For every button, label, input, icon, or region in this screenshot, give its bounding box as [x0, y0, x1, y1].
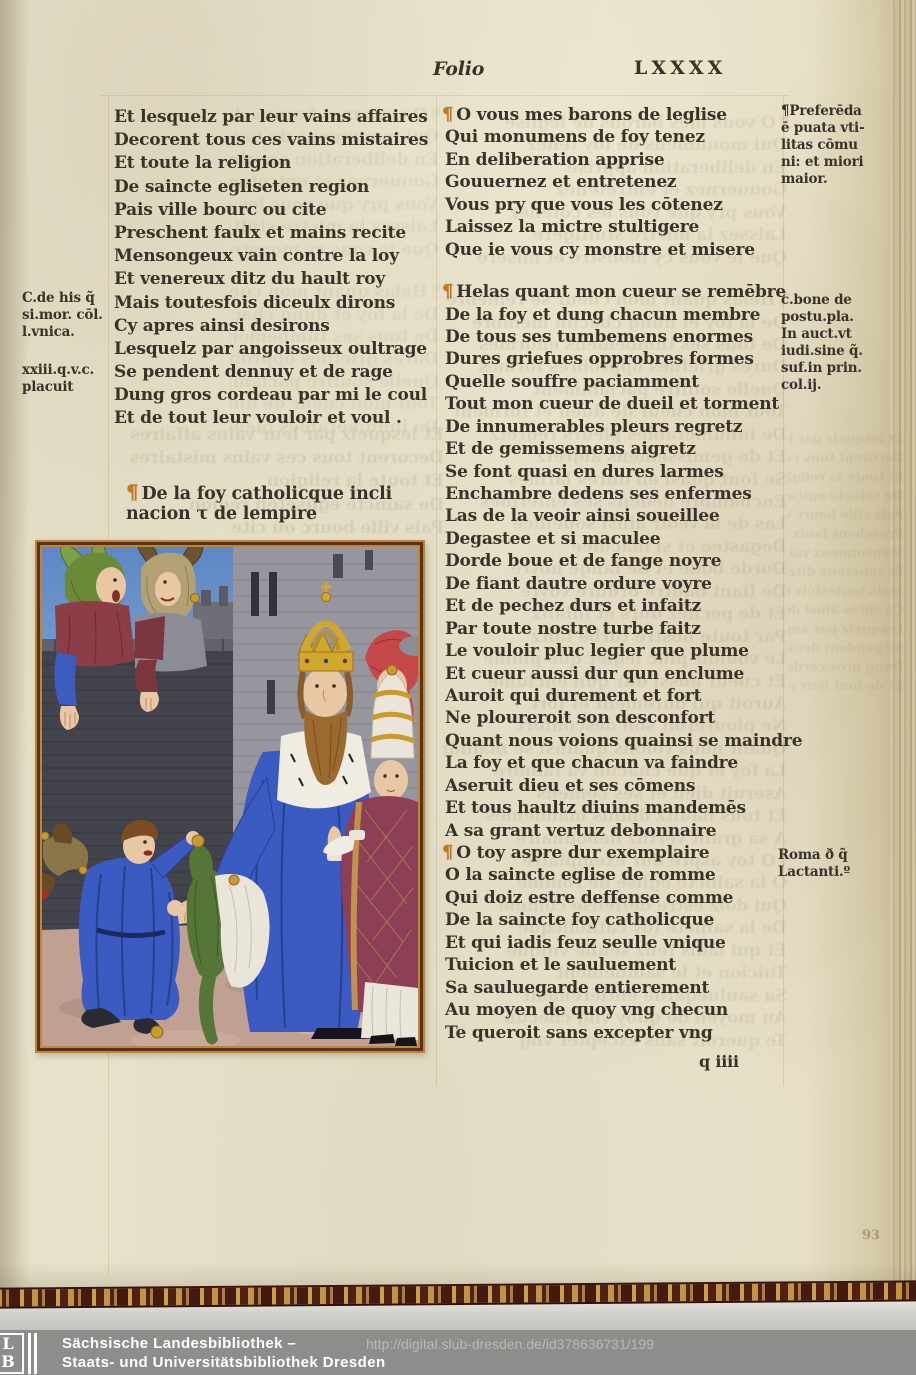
margin-note-line: iudi.sine q̃. [781, 343, 911, 360]
margin-note-line: C.de his q̃ [22, 290, 103, 307]
rubric-line-1: ¶De la foy catholicque incli [126, 481, 446, 503]
verse-line: Et qui iadis feuz seulle vnique [442, 932, 790, 954]
verse-line: Enchambre dedens ses enfermes [442, 483, 790, 505]
verse-line: Decorent tous ces vains mistaires [114, 129, 446, 152]
margin-note-line: In auct.vt [781, 326, 911, 343]
verse-line: Au moyen de quoy vng checun [442, 999, 790, 1021]
verse-line: En deliberation apprise [442, 149, 790, 171]
verse-line: Cy apres ainsi desirons [114, 315, 446, 338]
verse-line: Le vouloir pluc legier que plume [442, 640, 790, 662]
folio-number: LXXXX [634, 57, 726, 79]
verse-line: Dung gros cordeau par mi le coul [114, 384, 446, 407]
verse-line: De saincte egliseten region [114, 176, 446, 199]
margin-note-line: placuit [22, 379, 94, 396]
verse-line: De tous ses tumbemens enormes [442, 326, 790, 348]
quire-signature: q iiii [699, 1052, 739, 1071]
margin-note-line: si.mor. cōl. [22, 307, 103, 324]
margin-note-line: suf.in prin. [781, 360, 911, 377]
verse-line: A sa grant vertuz debonnaire [442, 820, 790, 842]
verse-line: ¶Helas quant mon cueur se remēbre [442, 281, 790, 303]
verse-line: Degastee et si maculee [442, 528, 790, 550]
margin-note-line: litas cōmu [781, 137, 911, 154]
verse-line: Pais ville bourc ou cite [114, 199, 446, 222]
verse-line: Se pendent dennuy et de rage [114, 361, 446, 384]
library-name-line-2: Staats- und Universitätsbibliothek Dresd… [62, 1353, 386, 1372]
slub-logo-bar [34, 1333, 37, 1374]
slub-logo-bar [28, 1333, 31, 1374]
pilcrow-icon: ¶ [442, 842, 453, 863]
left-verse-column: Et lesquelz par leur vains affairesDecor… [114, 106, 446, 431]
verse-line: Vous pry que vous les cōtenez [442, 194, 790, 216]
verse-line: Tuicion et le sauluement [442, 954, 790, 976]
verse-line: Qui monumens de foy tenez [442, 126, 790, 148]
slub-logo-letter-b: B [0, 1353, 22, 1371]
verse-line: Auroit qui durement et fort [442, 685, 790, 707]
margin-note-line: postu.pla. [781, 309, 911, 326]
right-verse-column: ¶O vous mes barons de legliseQui monumen… [442, 104, 790, 1044]
verse-line: Quant nous voions quainsi se maindre [442, 730, 790, 752]
margin-note-line: ni: et miori [781, 154, 911, 171]
margin-note-line: l.vnica. [22, 324, 103, 341]
verse-line: Et de gemissemens aigretz [442, 438, 790, 460]
rubric-heading: ¶De la foy catholicque incli nacion τ de… [126, 481, 446, 525]
margin-note-line: Roma ð q̃ [778, 847, 910, 864]
slub-logo: L B [0, 1333, 48, 1372]
verse-line: Ne ploureroit son desconfort [442, 707, 790, 729]
verse-line: Dorde boue et de fange noyre [442, 550, 790, 572]
folio-label: Folio [433, 58, 484, 80]
library-name: Sächsische Landesbibliothek – Staats- un… [62, 1334, 386, 1372]
verse-line: Qui doiz estre deffense comme [442, 887, 790, 909]
library-footer-bar: L B Sächsische Landesbibliothek – Staats… [0, 1330, 916, 1375]
margin-note-line: ¶Preferēda [781, 103, 911, 120]
slub-logo-box: L B [0, 1333, 24, 1374]
verse-line: Et tous haultz diuins mandemēs [442, 797, 790, 819]
verse-line: Et de tout leur vouloir et voul . [114, 407, 446, 430]
verse-line: Te queroit sans excepter vng [442, 1022, 790, 1044]
miniature-scene-graphic [35, 540, 425, 1053]
verse-line: De la foy et dung chacun membre [442, 304, 790, 326]
verse-line: Las de la veoir ainsi soueillee [442, 505, 790, 527]
verse-line: Tout mon cueur de dueil et torment [442, 393, 790, 415]
verse-line: O la saincte eglise de romme [442, 864, 790, 886]
margin-note-line: col.ij. [781, 377, 911, 394]
right-margin-note-1: ¶Preferēdaē puata vti-litas cōmuni: et m… [781, 103, 911, 188]
verse-line: Gouuernez et entretenez [442, 171, 790, 193]
library-name-line-1: Sächsische Landesbibliothek – [62, 1334, 386, 1353]
rubric-pilcrow-icon: ¶ [126, 480, 139, 504]
digital-collection-url: http://digital.slub-dresden.de/id3786367… [366, 1336, 654, 1352]
pilcrow-icon: ¶ [442, 281, 453, 302]
left-margin-note-2: xxiii.q.v.c.placuit [22, 362, 94, 396]
verse-line: Lesquelz par angoisseux oultrage [114, 338, 446, 361]
verse-line: Dures griefues opprobres formes [442, 348, 790, 370]
verse-line: De la saincte foy catholicque [442, 909, 790, 931]
verse-line: ¶O vous mes barons de leglise [442, 104, 790, 126]
right-margin-note-2: c.bone depostu.pla.In auct.vtiudi.sine q… [781, 292, 911, 394]
margin-note-line: ē puata vti- [781, 120, 911, 137]
faint-page-number: 93 [862, 1228, 880, 1244]
left-margin-note-1: C.de his q̃si.mor. cōl.l.vnica. [22, 290, 103, 341]
gutter-shadow [0, 0, 30, 1292]
verse-line: Par toute nostre turbe faitz [442, 618, 790, 640]
right-margin-note-3: Roma ð q̃Lactanti.º [778, 847, 910, 881]
verse-line: ¶O toy aspre dur exemplaire [442, 842, 790, 864]
rubric-line-2: nacion τ de lempire [126, 503, 446, 525]
verse-line: Se font quasi en dures larmes [442, 461, 790, 483]
verse-line: Et toute la religion [114, 152, 446, 175]
verse-line: Aseruit dieu et ses cōmens [442, 775, 790, 797]
verse-line: Et lesquelz par leur vains affaires [114, 106, 446, 129]
verse-line: De fiant dautre ordure voyre [442, 573, 790, 595]
margin-note-line: c.bone de [781, 292, 911, 309]
slub-logo-letter-l: L [0, 1335, 22, 1353]
verse-line: De innumerables pleurs regretz [442, 416, 790, 438]
verse-line: Mensongeux vain contre la loy [114, 245, 446, 268]
miniature-illumination [35, 540, 425, 1053]
verse-line: Preschent faulx et mains recite [114, 222, 446, 245]
verse-line: Et cueur aussi dur qun enclume [442, 663, 790, 685]
verse-line: Mais toutesfois diceulx dirons [114, 292, 446, 315]
verse-line: Quelle souffre paciamment [442, 371, 790, 393]
margin-note-line: maior. [781, 171, 911, 188]
verse-line: Sa sauluegarde entierement [442, 977, 790, 999]
margin-note-line: xxiii.q.v.c. [22, 362, 94, 379]
verse-line: Et de pechez durs et infaitz [442, 595, 790, 617]
verse-line: Laissez la mictre stultigere [442, 216, 790, 238]
verse-line: Et venereux ditz du hault roy [114, 268, 446, 291]
page-right-edge [890, 0, 916, 1292]
ruling-line-top [100, 95, 790, 96]
pilcrow-icon: ¶ [442, 104, 453, 125]
margin-note-line: Lactanti.º [778, 864, 910, 881]
verse-line: La foy et que chacun va faindre [442, 752, 790, 774]
verse-line: Que ie vous cy monstre et misere [442, 239, 790, 261]
